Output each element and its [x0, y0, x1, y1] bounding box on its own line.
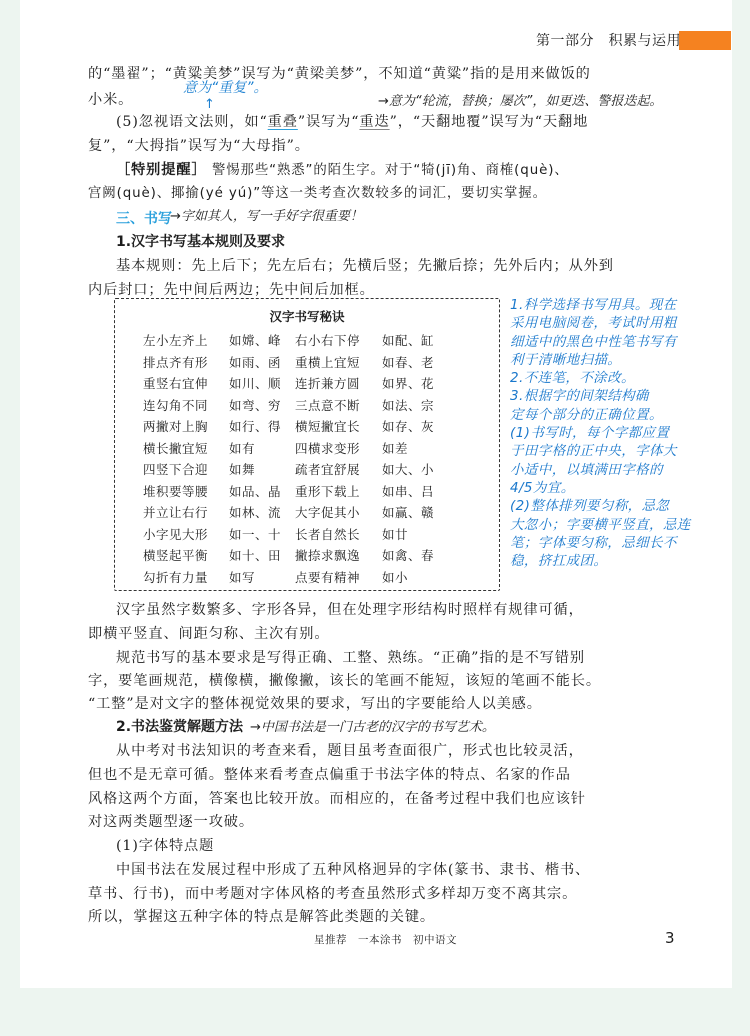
mnemonic-cell: 如雨、函	[229, 353, 295, 375]
mnemonic-cell: 四横求变形	[295, 439, 382, 461]
mnemonic-cell: 如串、吕	[382, 482, 442, 504]
mnemonic-cell: 大字促其小	[295, 503, 382, 525]
highlight-chongdie2: 重迭	[359, 114, 389, 130]
mnemonic-cell: 如赢、赣	[382, 503, 442, 525]
handwritten-note-section3: →字如其人，写一手好字很重要！	[170, 205, 363, 224]
mnemonic-title: 汉字书写秘诀	[115, 307, 499, 325]
mnemonic-grid: 左小左齐上如嫦、峰右小右下停如配、缸 排点齐有形如雨、函重横上宜短如春、老 重竖…	[143, 331, 442, 589]
mnemonic-cell: 点要有精神	[295, 568, 382, 590]
mnemonic-cell: 勾折有力量	[143, 568, 229, 590]
mnemonic-cell: 排点齐有形	[143, 353, 229, 375]
body-line: 从中考对书法知识的考查来看，题目虽考查面很广，形式也比较灵活，	[116, 741, 584, 761]
mnemonic-cell: 横短撇宜长	[295, 417, 382, 439]
mnemonic-cell: 如配、缸	[382, 331, 442, 353]
mnemonic-cell: 如小	[382, 568, 442, 590]
body-line-subitem: (1)字体特点题	[116, 836, 214, 856]
mnemonic-cell: 如林、流	[229, 503, 295, 525]
mnemonic-cell: 如有	[229, 439, 295, 461]
body-line: 小米。	[88, 90, 133, 110]
mnemonic-cell: 如写	[229, 568, 295, 590]
mnemonic-cell: 撇捺求飘逸	[295, 546, 382, 568]
page-number: 3	[665, 929, 675, 947]
mnemonic-cell: 如弯、穷	[229, 396, 295, 418]
mnemonic-cell: 两撇对上胸	[143, 417, 229, 439]
mnemonic-cell: 如大、小	[382, 460, 442, 482]
body-line: 草书、行书)，而中考题对字体风格的考查虽然形式多样却万变不离其宗。	[88, 884, 577, 904]
body-line: 的“墨翟”；“黄粱美梦”误写为“黄梁美梦”，不知道“黄粱”指的是用来做饭的	[88, 64, 591, 84]
handwritten-note-chongdie2: →意为“轮流，替换；屡次”，如更迭、警报迭起。	[378, 90, 662, 109]
body-line: 对这两类题型逐一攻破。	[88, 812, 254, 832]
mnemonic-cell: 连勾角不同	[143, 396, 229, 418]
mnemonic-cell: 如界、花	[382, 374, 442, 396]
handwritten-side-note: 1.科学选择书写用具。现在 采用电脑阅卷，考试时用粗 细适中的黑色中性笔书写有 …	[510, 296, 702, 570]
mnemonic-cell: 并立让右行	[143, 503, 229, 525]
handwritten-note-calligraphy: →中国书法是一门古老的汉字的书写艺术。	[250, 716, 495, 735]
mnemonic-cell: 长者自然长	[295, 525, 382, 547]
body-line: 内后封口；先中间后两边；先中间后加框。	[88, 280, 375, 300]
highlight-chongdie: 重叠	[268, 114, 298, 130]
mnemonic-cell: 如差	[382, 439, 442, 461]
body-line: 即横平竖直、间距匀称、主次有别。	[88, 624, 329, 644]
mnemonic-cell: 如十、田	[229, 546, 295, 568]
special-reminder: ［特别提醒］ 警惕那些“熟悉”的陌生字。对于“犄(jī)角、商榷(què)、	[116, 160, 569, 181]
mnemonic-cell: 横长撇宜短	[143, 439, 229, 461]
mnemonic-cell: 如法、宗	[382, 396, 442, 418]
body-line: 风格这两个方面，答案也比较开放。而相应的，在备考过程中我们也应该针	[88, 789, 586, 809]
subsection-title-rules: 1.汉字书写基本规则及要求	[116, 231, 285, 251]
mnemonic-cell: 重竖右宜伸	[143, 374, 229, 396]
mnemonic-cell: 如禽、春	[382, 546, 442, 568]
reminder-label: ［特别提醒］	[116, 162, 207, 178]
arrow-up-icon: ↑	[204, 97, 215, 112]
mnemonic-cell: 重横上宜短	[295, 353, 382, 375]
mnemonic-cell: 四竖下合迎	[143, 460, 229, 482]
mnemonic-cell: 如嫦、峰	[229, 331, 295, 353]
mnemonic-cell: 连折兼方圆	[295, 374, 382, 396]
body-line: 中国书法在发展过程中形成了五种风格迥异的字体(篆书、隶书、楷书、	[116, 860, 590, 880]
part-header: 第一部分 积累与运用	[536, 30, 681, 50]
mnemonic-cell: 如存、灰	[382, 417, 442, 439]
body-line: 基本规则：先上后下；先左后右；先横后竖；先撇后捺；先外后内；从外到	[116, 256, 614, 276]
header-accent-bar	[679, 31, 731, 50]
mnemonic-cell: 如一、十	[229, 525, 295, 547]
body-line: 但也不是无章可循。整体来看考查点偏重于书法字体的特点、名家的作品	[88, 765, 571, 785]
mnemonic-cell: 横竖起平衡	[143, 546, 229, 568]
mnemonic-cell: 如春、老	[382, 353, 442, 375]
body-line: 所以，掌握这五种字体的特点是解答此类题的关键。	[88, 907, 435, 927]
mnemonic-cell: 右小右下停	[295, 331, 382, 353]
footer-book-title: 星推荐 一本涂书 初中语文	[314, 932, 457, 947]
body-line: “工整”是对文字的整体视觉效果的要求，写出的字要能给人以美感。	[88, 694, 542, 714]
mnemonic-cell: 如行、得	[229, 417, 295, 439]
mnemonic-cell: 如廿	[382, 525, 442, 547]
body-line: 规范书写的基本要求是写得正确、工整、熟练。“正确”指的是不写错别	[116, 648, 585, 668]
handwritten-note-chongdie: 意为“重复”。	[183, 77, 268, 97]
body-line: 字，要笔画规范，横像横，撇像撇，该长的笔画不能短，该短的笔画不能长。	[88, 671, 601, 691]
mnemonic-cell: 如舞	[229, 460, 295, 482]
mnemonic-cell: 如品、晶	[229, 482, 295, 504]
mnemonic-cell: 左小左齐上	[143, 331, 229, 353]
mnemonic-box: 汉字书写秘诀 左小左齐上如嫦、峰右小右下停如配、缸 排点齐有形如雨、函重横上宜短…	[114, 298, 500, 591]
body-line-item5: (5)忽视语文法则，如“重叠”误写为“重迭”，“天翻地覆”误写为“天翻地	[116, 112, 588, 132]
section-title-writing: 三、书写	[116, 208, 172, 228]
mnemonic-cell: 重形下载上	[295, 482, 382, 504]
mnemonic-cell: 如川、顺	[229, 374, 295, 396]
body-line: 汉字虽然字数繁多、字形各异，但在处理字形结构时照样有规律可循，	[116, 600, 584, 620]
body-line: 复”，“大拇指”误写为“大母指”。	[88, 136, 310, 156]
subsection-title-calligraphy: 2.书法鉴赏解题方法	[116, 716, 243, 736]
mnemonic-cell: 小字见大形	[143, 525, 229, 547]
mnemonic-cell: 疏者宜舒展	[295, 460, 382, 482]
reminder-line2: 宫阙(què)、揶揄(yé yú)”等这一类考查次数较多的词汇，要切实掌握。	[88, 184, 547, 204]
mnemonic-cell: 三点意不断	[295, 396, 382, 418]
book-page: 第一部分 积累与运用 的“墨翟”；“黄粱美梦”误写为“黄梁美梦”，不知道“黄粱”…	[20, 0, 732, 988]
mnemonic-cell: 堆积要等腰	[143, 482, 229, 504]
